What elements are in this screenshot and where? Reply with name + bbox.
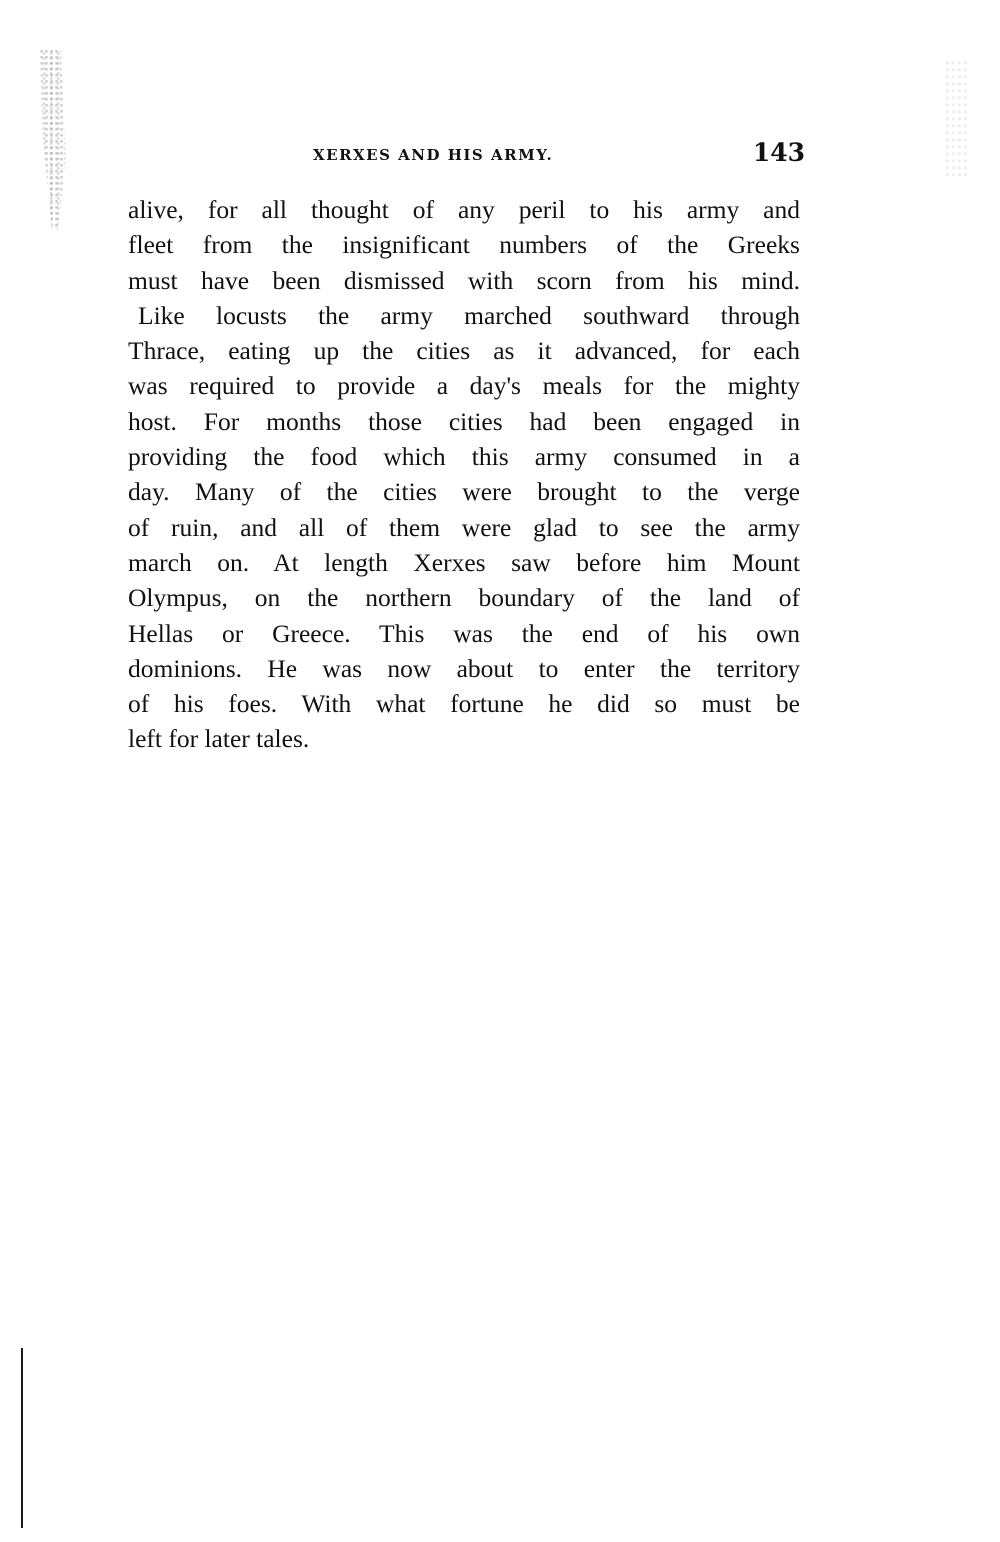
text-line: Hellas or Greece. This was the end of hi… xyxy=(128,616,800,651)
text-line: fleet from the insignificant numbers of … xyxy=(128,227,800,262)
text-line: alive, for all thought of any peril to h… xyxy=(128,192,800,227)
text-line: day. Many of the cities were brought to … xyxy=(128,474,800,509)
text-line: dominions. He was now about to enter the… xyxy=(128,651,800,686)
paragraph-2: Like locusts the army marched southward … xyxy=(128,298,800,757)
text-line: host. For months those cities had been e… xyxy=(128,404,800,439)
text-line: Like locusts the army marched southward … xyxy=(128,298,800,333)
text-line: Thrace, eating up the cities as it advan… xyxy=(128,333,800,368)
text-line: must have been dismissed with scorn from… xyxy=(128,263,800,298)
text-line: providing the food which this army consu… xyxy=(128,439,800,474)
text-line: was required to provide a day's meals fo… xyxy=(128,368,800,403)
scan-noise-left-margin xyxy=(40,50,70,230)
paragraph-1: alive, for all thought of any peril to h… xyxy=(128,192,800,298)
text-line: of ruin, and all of them were glad to se… xyxy=(128,510,800,545)
text-line: march on. At length Xerxes saw before hi… xyxy=(128,545,800,580)
running-title: XERXES AND HIS ARMY. xyxy=(313,146,553,164)
scan-noise-right-margin xyxy=(945,60,970,180)
page-number: 143 xyxy=(753,138,805,167)
text-line: Olympus, on the northern boundary of the… xyxy=(128,580,800,615)
text-line: of his foes. With what fortune he did so… xyxy=(128,686,800,721)
body-text: alive, for all thought of any peril to h… xyxy=(128,192,800,757)
page-edge-line xyxy=(21,1348,23,1528)
running-head: XERXES AND HIS ARMY. 143 xyxy=(128,140,800,170)
text-line: left for later tales. xyxy=(128,721,800,756)
